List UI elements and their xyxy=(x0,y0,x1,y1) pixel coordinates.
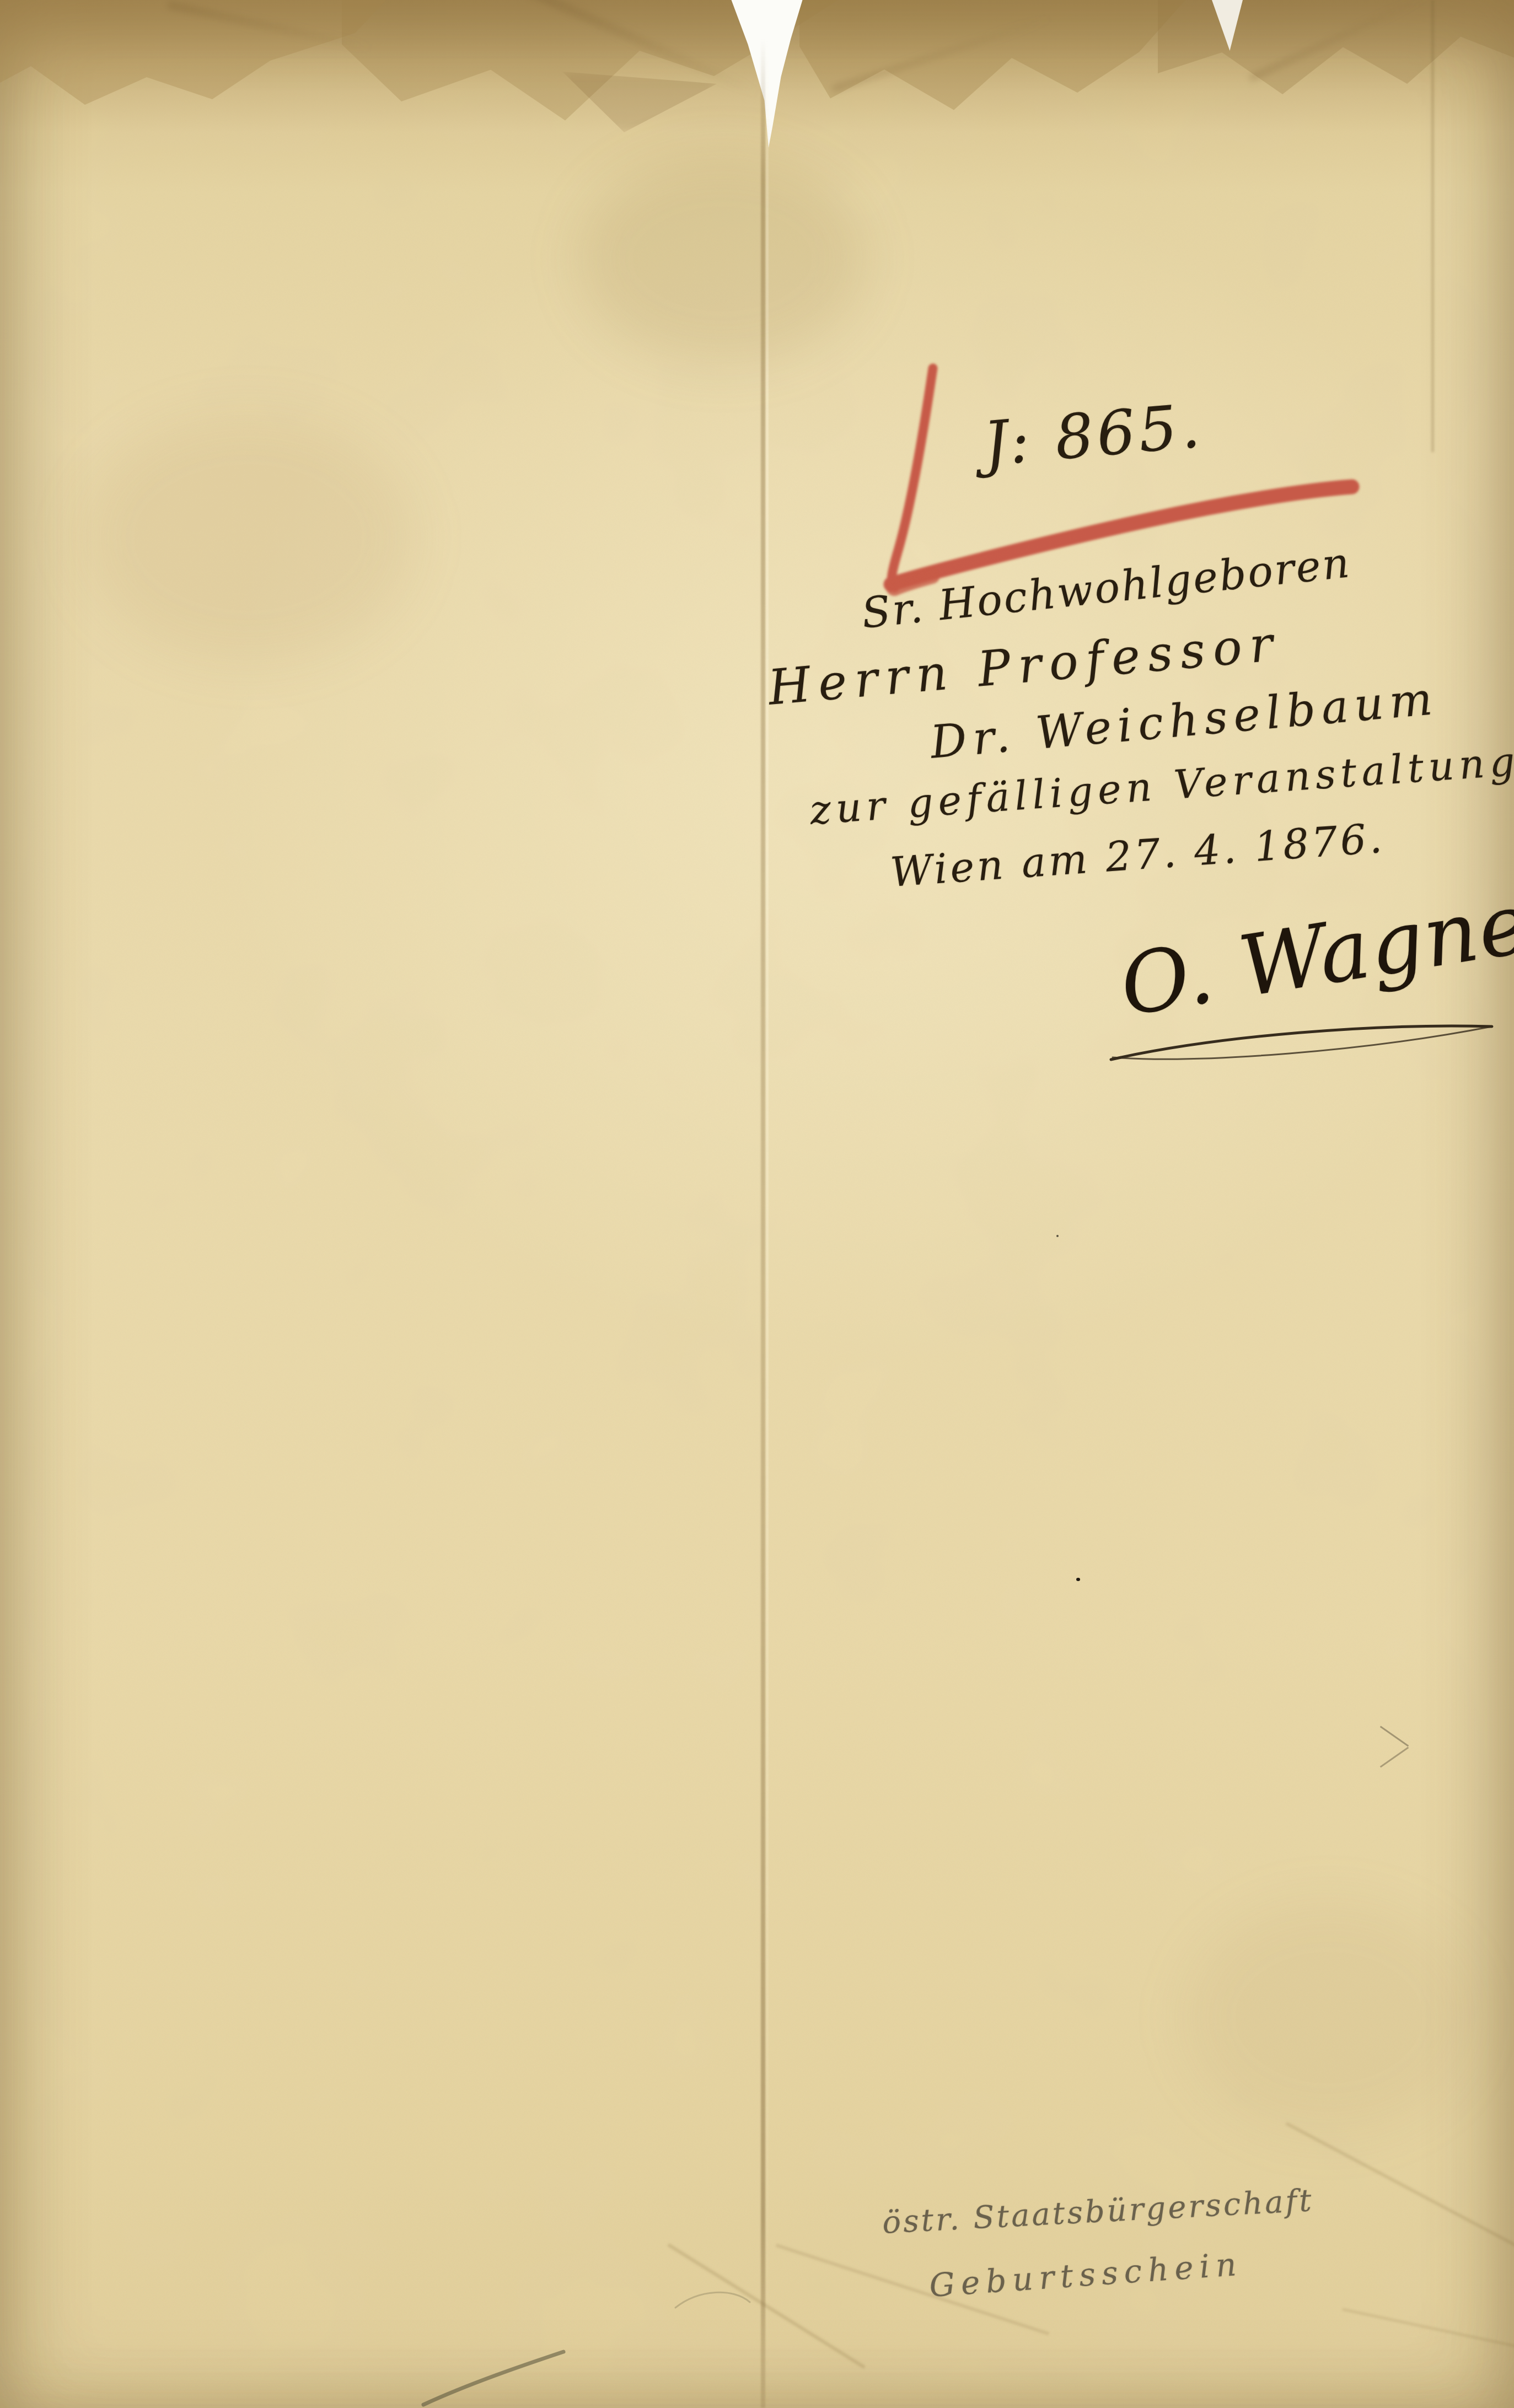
vertical-fold-highlight xyxy=(766,39,769,2408)
top-edge-shadow xyxy=(0,0,1514,132)
scanned-document-page: J: 865. Sr. Hochwohlgeboren Herrn Profes… xyxy=(0,0,1514,2408)
paper-sheet xyxy=(0,0,1514,2408)
vertical-fold-crease xyxy=(761,39,765,2408)
